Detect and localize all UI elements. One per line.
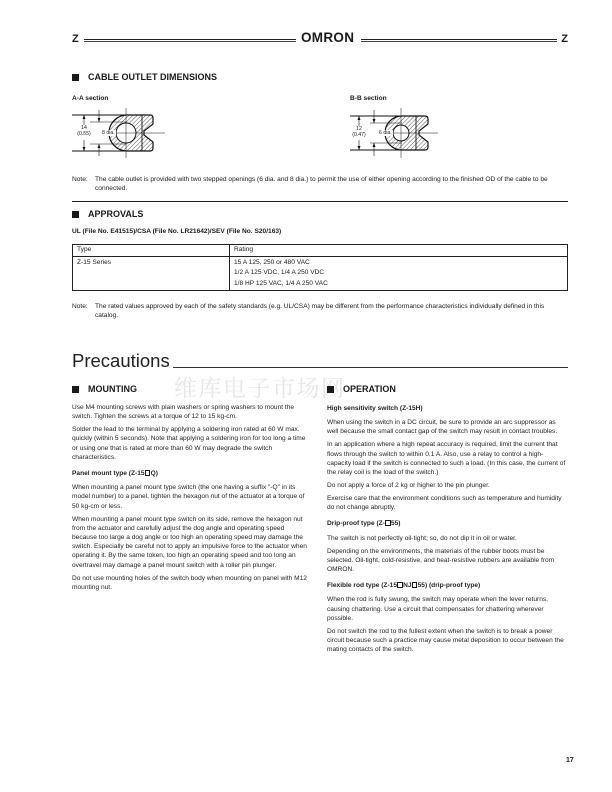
watermark: 维库电子市场网 xyxy=(174,370,346,403)
subheading-text: Q) xyxy=(151,470,158,477)
mounting-column: Use M4 mounting screws with plain washer… xyxy=(72,403,309,596)
paragraph: Exercise care that the environment condi… xyxy=(327,494,567,512)
paragraph: When mounting a panel mount type switch … xyxy=(72,515,309,570)
paragraph: The switch is not perfectly oil-tight; s… xyxy=(327,534,567,543)
approvals-heading-text: APPROVALS xyxy=(88,209,143,219)
approvals-subheading: UL (File No. E41515)/CSA (File No. LR216… xyxy=(72,228,281,235)
square-bullet-icon xyxy=(72,74,79,81)
section-a-dia-label: 8 dia. xyxy=(101,130,116,136)
placeholder-box-icon xyxy=(397,582,403,588)
section-a-diagram: 14 (0.55) 8 dia. xyxy=(72,108,167,158)
approvals-table: Type Rating Z-15 Series 15 A 125, 250 or… xyxy=(72,244,568,291)
section-b-height-inch: (0.47) xyxy=(350,132,368,138)
table-header-row: Type Rating xyxy=(73,245,568,257)
table-row: Z-15 Series 15 A 125, 250 or 480 VAC 1/2… xyxy=(73,256,568,291)
note-label: Note: xyxy=(72,302,88,311)
note-label: Note: xyxy=(72,175,88,184)
subheading-text: NJ xyxy=(403,582,411,589)
rating-line: 1/2 A 125 VDC, 1/4 A 250 VDC xyxy=(234,268,563,279)
section-b-diagram: 12 (0.47) 6 dia. xyxy=(350,108,440,158)
subheading-text: Drip-proof type (Z- xyxy=(327,520,385,527)
header-rule-left xyxy=(84,39,296,42)
paragraph: Do not switch the rod to the fullest ext… xyxy=(327,627,567,655)
square-bullet-icon xyxy=(72,386,79,393)
approvals-heading: APPROVALS xyxy=(72,209,143,219)
page-header: Z OMRON Z xyxy=(72,32,568,46)
note-text: The rated values approved by each of the… xyxy=(72,302,568,320)
square-bullet-icon xyxy=(327,386,334,393)
paragraph: Do not apply a force of 2 kg or higher t… xyxy=(327,481,567,490)
operation-column: High sensitivity switch (Z-15H) When usi… xyxy=(327,400,567,658)
cable-outlet-heading-text: CABLE OUTLET DIMENSIONS xyxy=(88,72,217,82)
section-a-height-label: 14 (0.55) xyxy=(73,125,95,137)
drip-proof-subheading: Drip-proof type (Z-55) xyxy=(327,519,567,528)
paragraph: When mounting a panel mount type switch … xyxy=(72,483,309,511)
subheading-text: 55) (drip-proof type) xyxy=(418,582,481,589)
section-b-height-label: 12 (0.47) xyxy=(350,126,368,138)
section-divider xyxy=(72,201,568,202)
mounting-heading: MOUNTING xyxy=(72,384,137,394)
operation-heading-text: OPERATION xyxy=(343,384,396,394)
precautions-rule xyxy=(173,367,568,368)
cell-rating: 15 A 125, 250 or 480 VAC 1/2 A 125 VDC, … xyxy=(230,256,568,291)
paragraph: Do not use mounting holes of the switch … xyxy=(72,574,309,592)
section-a-height-inch: (0.55) xyxy=(73,131,95,137)
rating-line: 1/8 HP 125 VAC, 1/4 A 250 VAC xyxy=(234,279,563,290)
mounting-heading-text: MOUNTING xyxy=(88,384,137,394)
approvals-note: Note: The rated values approved by each … xyxy=(72,302,568,320)
flexible-rod-subheading: Flexible rod type (Z-15NJ55) (drip-proof… xyxy=(327,581,567,590)
panel-mount-subheading: Panel mount type (Z-15Q) xyxy=(72,469,309,478)
high-sensitivity-subheading: High sensitivity switch (Z-15H) xyxy=(327,404,567,413)
page-number: 17 xyxy=(566,757,574,764)
cell-type: Z-15 Series xyxy=(73,256,230,291)
section-b-dia-label: 6 dia. xyxy=(378,130,393,136)
cable-outlet-note: Note: The cable outlet is provided with … xyxy=(72,175,568,193)
cable-outlet-heading: CABLE OUTLET DIMENSIONS xyxy=(72,72,217,82)
column-header-type: Type xyxy=(73,245,230,257)
note-text: The cable outlet is provided with two st… xyxy=(72,175,568,193)
rating-line: 15 A 125, 250 or 480 VAC xyxy=(234,258,563,269)
paragraph: Depending on the environments, the mater… xyxy=(327,547,567,575)
placeholder-box-icon xyxy=(145,470,151,476)
column-header-rating: Rating xyxy=(230,245,568,257)
series-letter-left: Z xyxy=(72,33,79,45)
square-bullet-icon xyxy=(72,211,79,218)
brand-logo: OMRON xyxy=(301,30,354,45)
placeholder-box-icon xyxy=(412,582,418,588)
paragraph: When the rod is fully swung, the switch … xyxy=(327,595,567,623)
subheading-text: 55) xyxy=(391,520,401,527)
subheading-text: Flexible rod type (Z-15 xyxy=(327,582,397,589)
paragraph: Use M4 mounting screws with plain washer… xyxy=(72,403,309,421)
subheading-text: Panel mount type (Z-15 xyxy=(72,470,145,477)
placeholder-box-icon xyxy=(385,520,391,526)
paragraph: Solder the lead to the terminal by apply… xyxy=(72,425,309,462)
section-b-title: B-B section xyxy=(350,95,387,102)
paragraph: When using the switch in a DC circuit, b… xyxy=(327,418,567,436)
paragraph: In an application where a high repeat ac… xyxy=(327,440,567,477)
operation-heading: OPERATION xyxy=(327,384,396,394)
series-letter-right: Z xyxy=(561,33,568,45)
header-rule-right xyxy=(361,39,557,42)
precautions-title: Precautions xyxy=(72,350,170,372)
section-a-title: A-A section xyxy=(72,95,108,102)
